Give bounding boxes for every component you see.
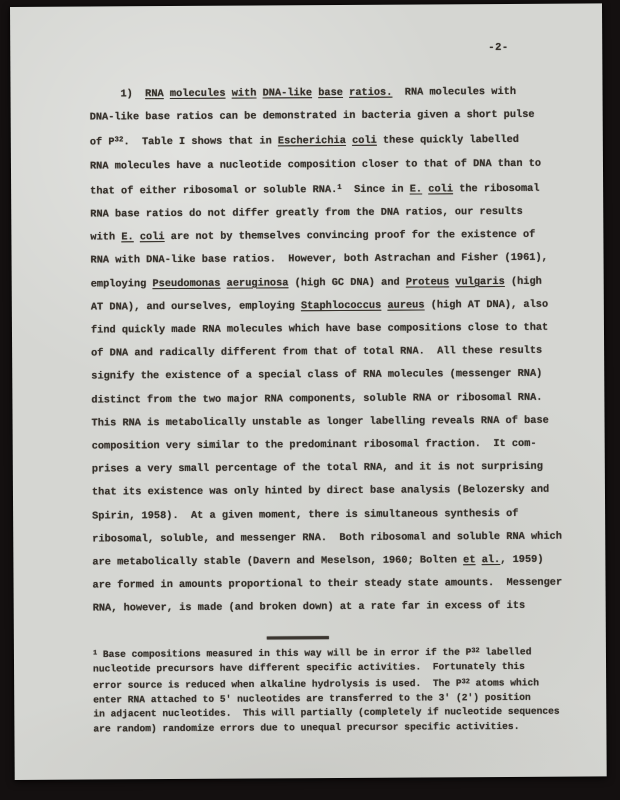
text-line: 1) RNA molecules with DNA-like base rati… [89, 81, 569, 107]
underlined-text: coli [140, 231, 165, 243]
underlined-text: E. [121, 231, 133, 243]
page-number: -2- [488, 42, 508, 54]
manuscript-page: -2- 1) RNA molecules with DNA-like base … [10, 3, 607, 780]
scan-background: -2- 1) RNA molecules with DNA-like base … [0, 0, 620, 800]
text-line: Spirin, 1958). At a given moment, there … [92, 502, 572, 528]
footnote-text: 1 Base compositions measured in this way… [93, 643, 589, 737]
underlined-text: et [463, 554, 475, 566]
superscript-text: 1 [93, 649, 97, 657]
text-line: RNA with DNA-like base ratios. However, … [90, 247, 570, 273]
underlined-text: with [232, 87, 257, 99]
text-line: This RNA is metabolically unstable as lo… [91, 409, 571, 435]
underlined-text: aureus [387, 299, 424, 311]
text-line: composition very similar to the predomin… [92, 433, 572, 459]
body-text: 1) RNA molecules with DNA-like base rati… [89, 81, 572, 622]
text-line: prises a very small percentage of the to… [92, 456, 572, 482]
underlined-text: RNA [145, 88, 164, 100]
text-line: employing Pseudomonas aeruginosa (high G… [91, 270, 571, 296]
text-line: RNA molecules have a nucleotide composit… [90, 152, 570, 178]
text-line: of DNA and radically different from that… [91, 340, 571, 366]
text-line: ribosomal, soluble, and messenger RNA. B… [92, 525, 572, 551]
text-line: distinct from the two major RNA componen… [91, 386, 571, 412]
underlined-text: al. [482, 554, 501, 566]
underlined-text: E. [410, 183, 422, 195]
text-line: AT DNA), and ourselves, employing Staphl… [91, 293, 571, 319]
underlined-text: coli [428, 183, 453, 195]
text-line: DNA-like base ratios can be demonstrated… [90, 104, 570, 130]
underlined-text: DNA-like [263, 87, 313, 99]
underlined-text: ratios. [349, 87, 392, 99]
superscript-text: 32 [471, 647, 479, 655]
underlined-text: vulgaris [455, 276, 505, 288]
underlined-text: Pseudomonas [152, 277, 220, 289]
text-line: find quickly made RNA molecules which ha… [91, 317, 571, 343]
text-line: that of either ribosomal or soluble RNA.… [90, 175, 570, 203]
footnote-divider-line [267, 636, 329, 639]
text-line: that its existence was only hinted by di… [92, 479, 572, 505]
superscript-text: 32 [462, 678, 470, 686]
superscript-text: 32 [115, 137, 124, 145]
underlined-text: Escherichia [278, 135, 346, 147]
underlined-text: coli [352, 135, 377, 147]
underlined-text: aeruginosa [227, 277, 289, 289]
text-line: RNA, however, is made (and broken down) … [93, 595, 573, 621]
underlined-text: Staphlococcus [301, 300, 381, 312]
underlined-text: molecules [170, 88, 226, 100]
underlined-text: Proteus [406, 276, 449, 288]
text-line: RNA base ratios do not differ greatly fr… [90, 201, 570, 227]
text-line: are random) randomize errors due to uneq… [93, 719, 588, 737]
underlined-text: base [318, 87, 343, 99]
text-line: are metabolically stable (Davern and Mes… [92, 549, 572, 575]
text-line: with E. coli are not by themselves convi… [90, 224, 570, 250]
text-line: signify the existence of a special class… [91, 363, 571, 389]
text-line: of P32. Table I shows that in Escherichi… [90, 127, 570, 155]
superscript-text: 1 [337, 184, 342, 192]
text-line: are formed in amounts proportional to th… [92, 572, 572, 598]
